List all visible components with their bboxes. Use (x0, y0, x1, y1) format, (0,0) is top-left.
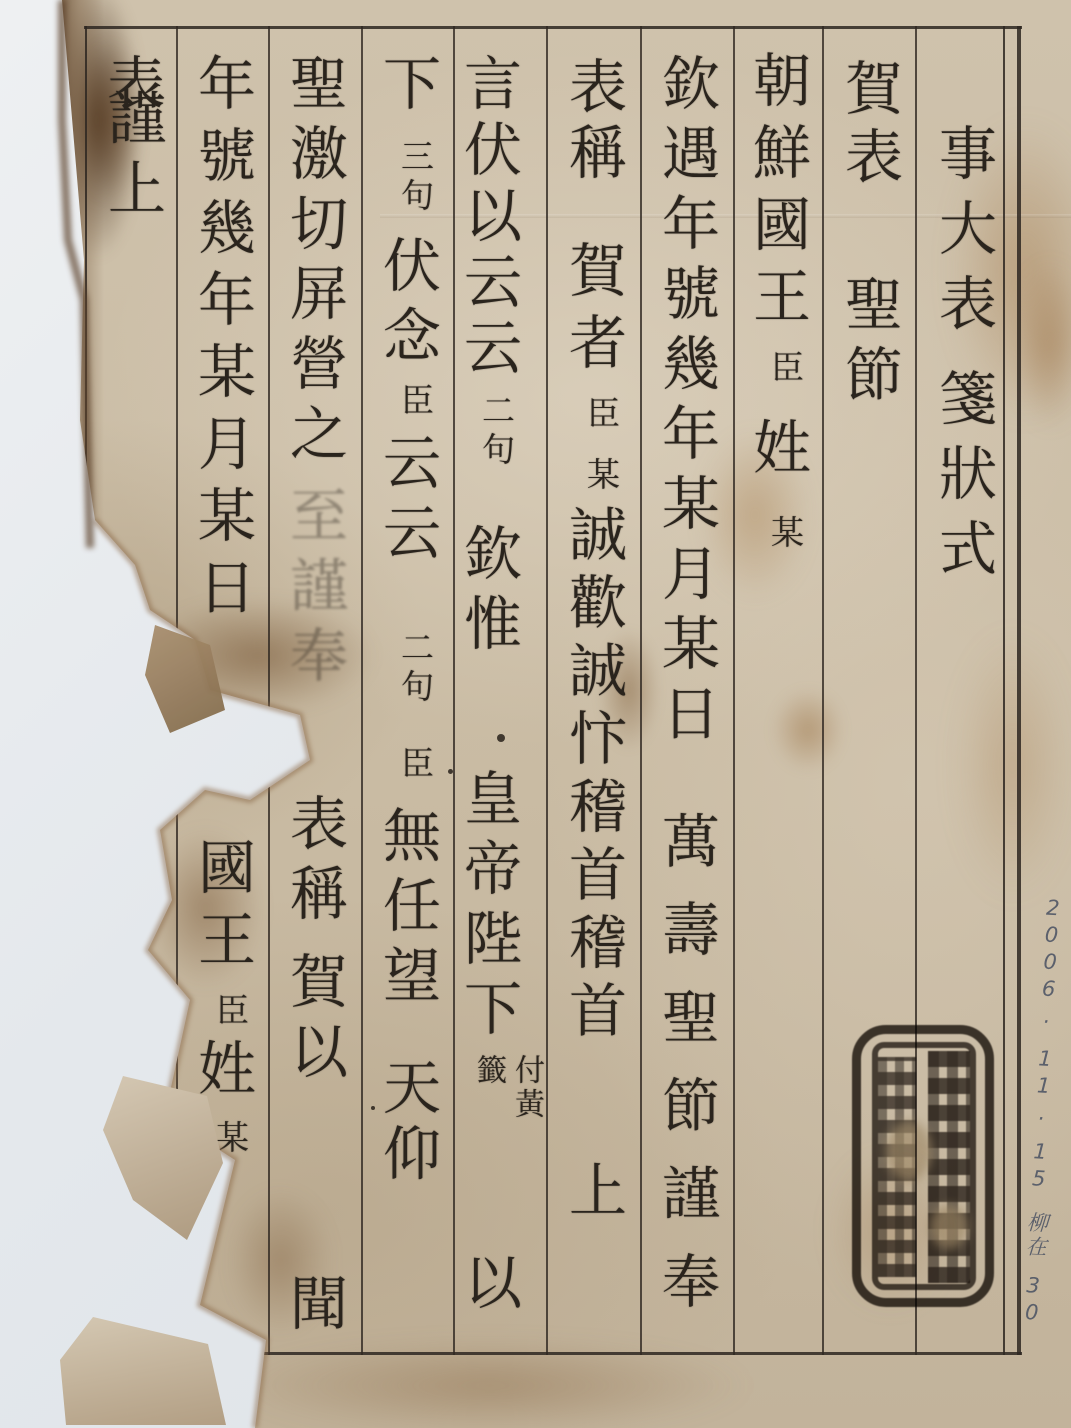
photograph-of-old-printed-page: 事大表箋狀式賀表聖節朝鮮國王臣姓某欽遇年號幾年某月某日萬壽聖節謹奉表稱賀者臣某誠… (0, 0, 1071, 1428)
text-segment: 年號幾年某月某日 (177, 53, 267, 629)
column-heum-u: 欽遇年號幾年某月某日萬壽聖節謹奉 (641, 28, 731, 1358)
handwritten-date-annotation: 2006.11.15柳在30 (1013, 895, 1071, 1377)
handwriting-line: 11. (1029, 1046, 1057, 1128)
text-segment: 國王 (177, 837, 267, 981)
text-segment: 姓 (732, 417, 822, 491)
text-segment: 事大表 (918, 123, 1008, 348)
column-pyo-ching: 表稱賀者臣某誠歡誠忭稽首稽首上 (548, 28, 638, 1358)
interlinear-note-double-column: 付黃籤 (469, 1054, 545, 1122)
text-segment: 聖激切屏營之 (269, 53, 359, 473)
interlinear-note: 某 (740, 515, 830, 554)
text-segment: 下 (362, 53, 452, 127)
column-eon-bok-i: 言伏以云云二句欽惟皇帝陛下付黃籤以 (455, 28, 545, 1358)
text-segment: 云云 (362, 432, 452, 572)
interlinear-note: 二句 (451, 393, 541, 471)
frame-right-outer-border (1017, 26, 1021, 1355)
text-segment: 欽遇年號幾年某月某日 (641, 53, 731, 753)
seal-worn-spot (930, 1205, 968, 1249)
text-segment: 至謹奉 (269, 485, 359, 695)
text-segment: 表稱 (269, 793, 359, 933)
handwriting-line: 30 (1019, 1273, 1046, 1328)
text-segment: 賀者 (548, 240, 638, 384)
text-segment: 天仰 (362, 1057, 452, 1189)
interlinear-note: 臣 (556, 396, 646, 435)
collector-seal-stamp (852, 1025, 994, 1307)
text-segment: 聖節 (824, 274, 914, 414)
interlinear-note-line: 籤 (469, 1054, 507, 1122)
text-segment: 皇帝陛下 (443, 768, 533, 1048)
interlinear-note: 三句 (370, 139, 460, 217)
text-segment: 朝鮮國王 (732, 50, 822, 338)
handwriting-line: 柳在 (1020, 1211, 1052, 1261)
seal-worn-spot (886, 1121, 932, 1181)
paper-flap (58, 1312, 238, 1428)
text-segment: 上 (548, 1160, 638, 1234)
text-segment: 無任望 (362, 805, 452, 1015)
interlinear-note: 臣 (185, 993, 275, 1032)
column-seong-gyeok-cheol: 聖激切屏營之至謹奉表稱賀以聞 (269, 28, 359, 1358)
interlinear-note-line: 付黃 (507, 1054, 545, 1122)
text-segment: 以 (443, 1252, 533, 1326)
column-ha-bok-nyeom: 下三句伏念臣云云二句臣無任望天仰 (362, 28, 452, 1358)
stain (1015, 260, 1071, 430)
column-joseon-gugwang: 朝鮮國王臣姓某 (732, 28, 822, 1358)
text-segment: 賀以 (269, 951, 359, 1091)
interlinear-note: 二句 (370, 630, 460, 708)
text-segment: 箋狀式 (918, 368, 1008, 593)
text-segment: 言伏以云云 (443, 53, 533, 383)
text-segment: 賀表 (824, 58, 914, 194)
handwriting-line: 2006. (1035, 895, 1066, 1031)
text-segment: 表 (86, 53, 176, 127)
interlinear-note: 臣 (370, 746, 460, 785)
text-segment: 表稱 (548, 56, 638, 188)
handwriting-line: 15 (1026, 1139, 1053, 1194)
text-segment: 伏念 (362, 235, 452, 375)
interlinear-note: 臣 (740, 350, 830, 389)
text-segment: 萬壽聖節謹奉 (641, 811, 731, 1339)
text-segment: 誠歡誠忭稽首稽首 (548, 504, 638, 1048)
interlinear-note: 臣 (370, 383, 460, 422)
interlinear-note: 某 (556, 457, 646, 496)
text-segment: 聞 (269, 1273, 359, 1347)
